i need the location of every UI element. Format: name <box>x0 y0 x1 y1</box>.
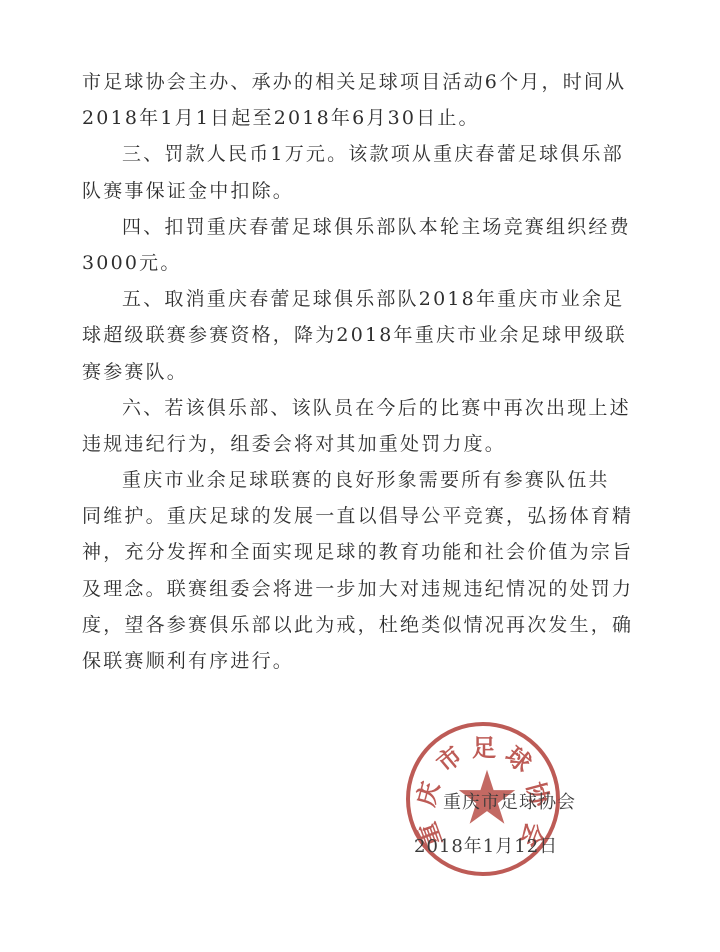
issuer-signature: 重庆市足球协会 <box>443 788 576 814</box>
text-line: 2018年1月1日起至2018年6月30日止。 <box>82 100 622 136</box>
document-body: 市足球协会主办、承办的相关足球项目活动6个月，时间从 2018年1月1日起至20… <box>82 64 622 679</box>
text-line: 保联赛顺利有序进行。 <box>82 643 622 679</box>
text-line: 队赛事保证金中扣除。 <box>82 173 622 209</box>
text-line: 球超级联赛参赛资格，降为2018年重庆市业余足球甲级联 <box>82 317 622 353</box>
penalty-item-6: 六、若该俱乐部、该队员在今后的比赛中再次出现上述 <box>82 390 622 426</box>
text-line: 神，充分发挥和全面实现足球的教育功能和社会价值为宗旨 <box>82 534 622 570</box>
text-line: 及理念。联赛组委会将进一步加大对违规违纪情况的处罚力 <box>82 571 622 607</box>
closing-paragraph: 重庆市业余足球联赛的良好形象需要所有参赛队伍共 <box>82 462 622 498</box>
text-line: 同维护。重庆足球的发展一直以倡导公平竞赛，弘扬体育精 <box>82 498 622 534</box>
text-line: 度，望各参赛俱乐部以此为戒，杜绝类似情况再次发生，确 <box>82 607 622 643</box>
penalty-item-3: 三、罚款人民币1万元。该款项从重庆春蕾足球俱乐部 <box>82 136 622 172</box>
text-line: 违规违纪行为，组委会将对其加重处罚力度。 <box>82 426 622 462</box>
seal-char: 庆 <box>406 777 446 809</box>
penalty-item-4: 四、扣罚重庆春蕾足球俱乐部队本轮主场竞赛组织经费 <box>82 209 622 245</box>
document-page: 市足球协会主办、承办的相关足球项目活动6个月，时间从 2018年1月1日起至20… <box>0 0 720 952</box>
text-line: 市足球协会主办、承办的相关足球项目活动6个月，时间从 <box>82 64 622 100</box>
penalty-item-5: 五、取消重庆春蕾足球俱乐部队2018年重庆市业余足 <box>82 281 622 317</box>
text-line: 赛参赛队。 <box>82 354 622 390</box>
issue-date: 2018年1月12日 <box>414 832 558 858</box>
seal-char: 足 <box>472 728 496 763</box>
text-line: 3000元。 <box>82 245 622 281</box>
